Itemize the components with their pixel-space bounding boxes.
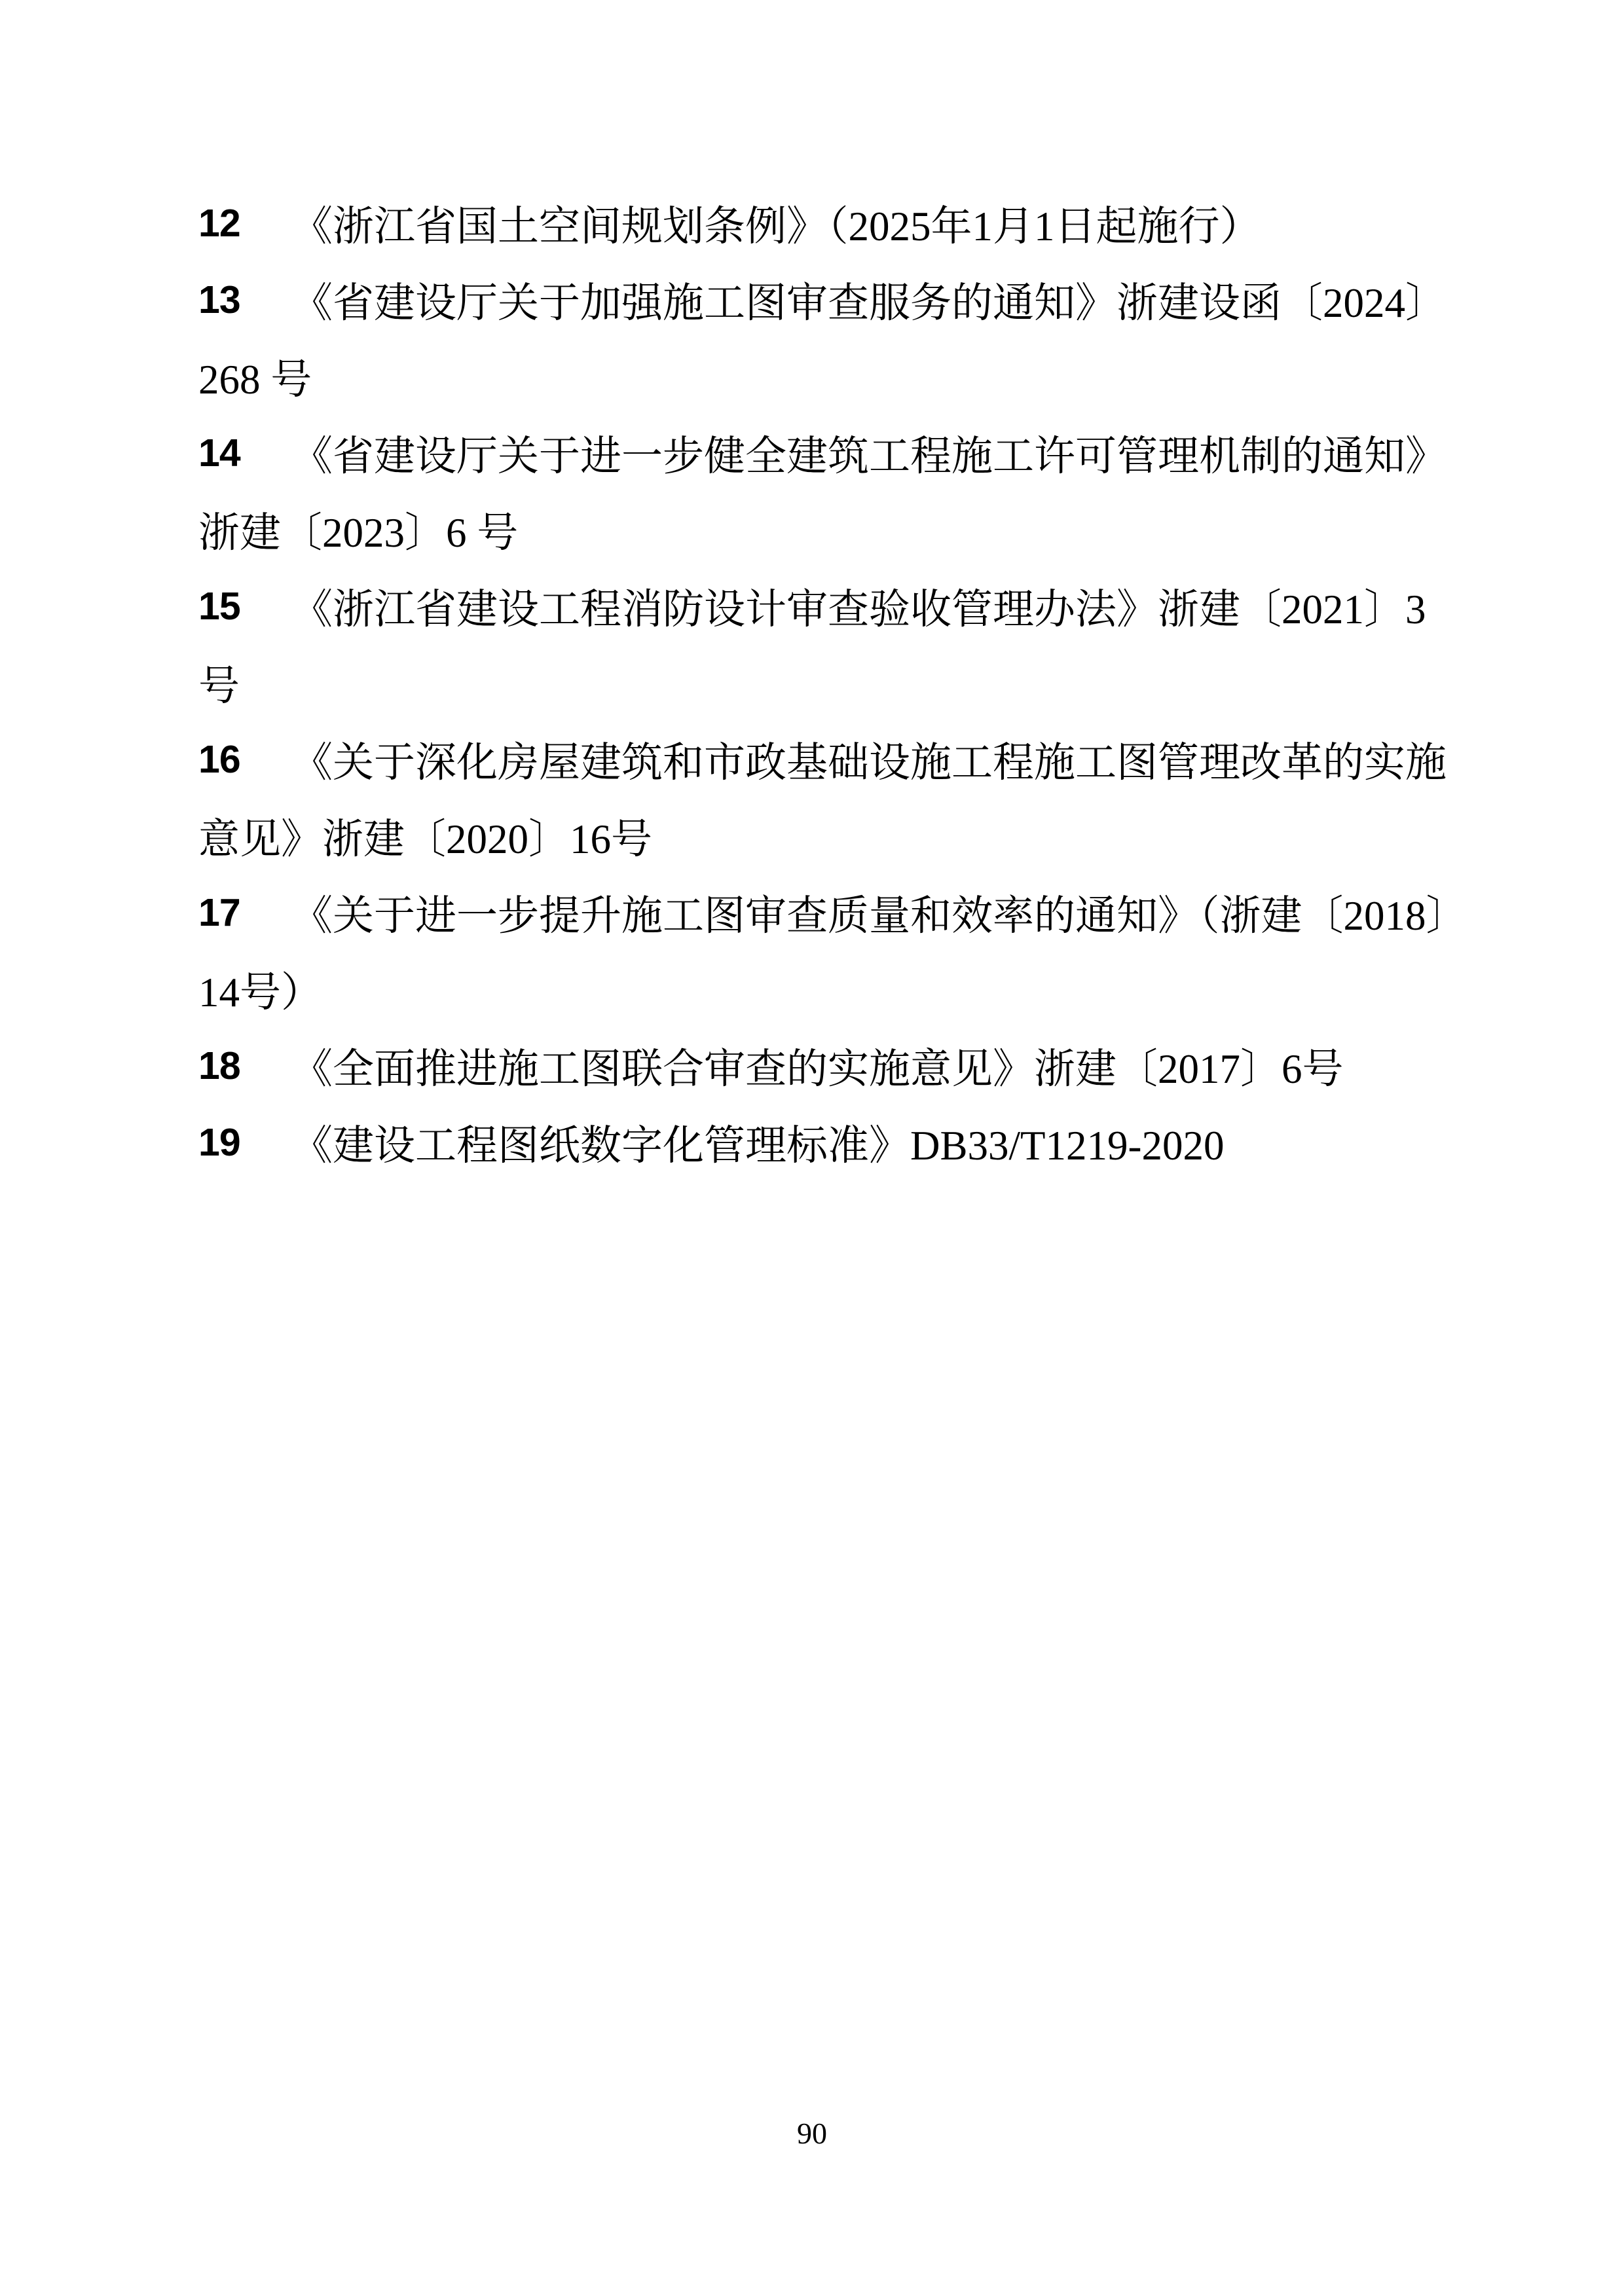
item-text: 浙建〔2023〕6 号	[198, 500, 518, 559]
item-text: 《关于深化房屋建筑和市政基础设施工程施工图管理改革的实施	[291, 729, 1447, 789]
item-number: 19	[198, 1120, 291, 1165]
item-text: 意见》浙建〔2020〕16号	[198, 806, 652, 866]
item-text: 《浙江省国土空间规划条例》（2025年1月1日起施行）	[291, 193, 1261, 253]
item-text: 号	[198, 653, 240, 712]
list-item: 18 《全面推进施工图联合审查的实施意见》浙建〔2017〕6号	[198, 1027, 1462, 1104]
item-number: 16	[198, 737, 291, 782]
item-number: 14	[198, 431, 291, 475]
item-number: 15	[198, 584, 291, 629]
list-item: 13 《省建设厅关于加强施工图审查服务的通知》浙建设函〔2024〕	[198, 261, 1462, 338]
item-number: 17	[198, 890, 291, 935]
list-item: 16 《关于深化房屋建筑和市政基础设施工程施工图管理改革的实施	[198, 721, 1462, 797]
list-item-continuation: 14号）	[198, 951, 1462, 1027]
regulation-list: 12 《浙江省国土空间规划条例》（2025年1月1日起施行） 13 《省建设厅关…	[198, 185, 1462, 1180]
list-item-continuation: 号	[198, 644, 1462, 721]
list-item: 12 《浙江省国土空间规划条例》（2025年1月1日起施行）	[198, 185, 1462, 261]
list-item-continuation: 268 号	[198, 338, 1462, 414]
item-number: 12	[198, 201, 291, 246]
list-item: 17 《关于进一步提升施工图审查质量和效率的通知》（浙建〔2018〕	[198, 874, 1462, 951]
list-item-continuation: 意见》浙建〔2020〕16号	[198, 797, 1462, 874]
item-text: 《省建设厅关于加强施工图审查服务的通知》浙建设函〔2024〕	[291, 270, 1447, 329]
item-text: 《关于进一步提升施工图审查质量和效率的通知》（浙建〔2018〕	[291, 883, 1467, 942]
item-text: 14号）	[198, 959, 322, 1019]
item-number: 13	[198, 278, 291, 322]
list-item: 19 《建设工程图纸数字化管理标准》DB33/T1219-2020	[198, 1104, 1462, 1180]
item-text: 《全面推进施工图联合审查的实施意见》浙建〔2017〕6号	[291, 1036, 1344, 1095]
page-number: 90	[797, 2117, 827, 2150]
page-footer: 90	[0, 2116, 1624, 2151]
item-number: 18	[198, 1044, 291, 1088]
list-item-continuation: 浙建〔2023〕6 号	[198, 491, 1462, 568]
list-item: 14 《省建设厅关于进一步健全建筑工程施工许可管理机制的通知》	[198, 414, 1462, 491]
item-text: 《建设工程图纸数字化管理标准》DB33/T1219-2020	[291, 1112, 1224, 1172]
item-text: 《省建设厅关于进一步健全建筑工程施工许可管理机制的通知》	[291, 423, 1447, 483]
item-text: 268 号	[198, 346, 312, 406]
list-item: 15 《浙江省建设工程消防设计审查验收管理办法》浙建〔2021〕3	[198, 568, 1462, 644]
document-page: 12 《浙江省国土空间规划条例》（2025年1月1日起施行） 13 《省建设厅关…	[0, 0, 1624, 2296]
item-text: 《浙江省建设工程消防设计审查验收管理办法》浙建〔2021〕3	[291, 576, 1426, 636]
